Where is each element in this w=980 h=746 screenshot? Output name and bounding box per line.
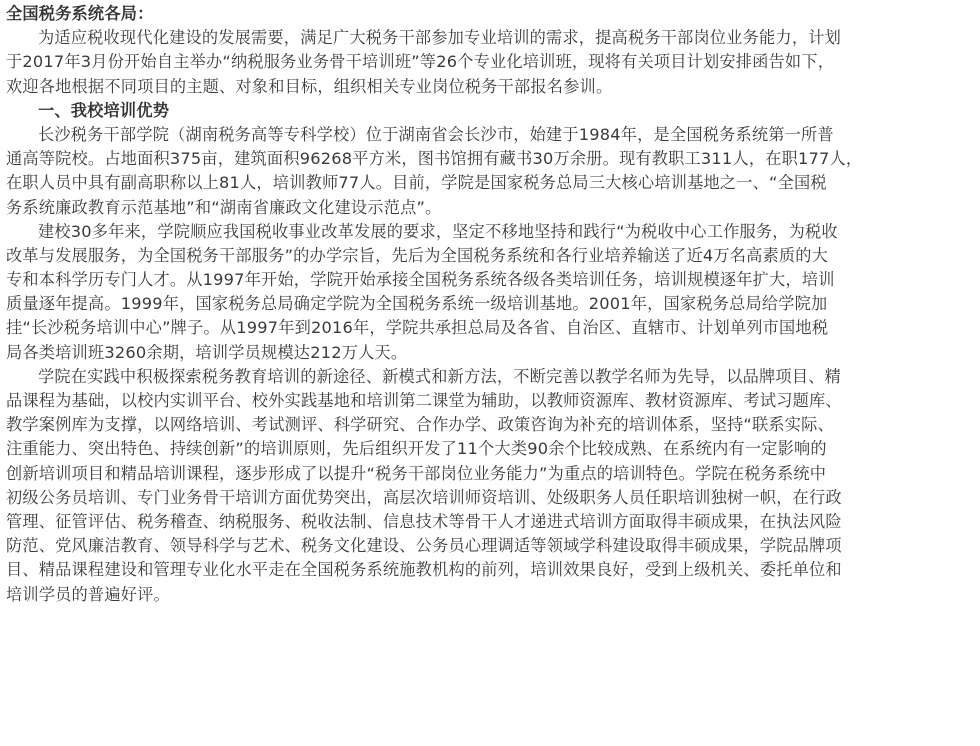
text-line: 为适应税收现代化建设的发展需要，满足广大税务干部参加专业培训的需求，提高税务干部… xyxy=(6,26,974,50)
text-line: 专和本科学历专门人才。从1997年开始，学院开始承接全国税务系统各级各类培训任务… xyxy=(6,268,974,292)
paragraph-school-overview: 长沙税务干部学院（湖南税务高等专科学校）位于湖南省会长沙市，始建于1984年，是… xyxy=(6,123,974,220)
text-line: 学院在实践中积极探索税务教育培训的新途径、新模式和新方法，不断完善以教学名师为先… xyxy=(6,365,974,389)
text-line: 建校30多年来，学院顺应我国税收事业改革发展的要求，坚定不移地坚持和践行“为税收… xyxy=(6,220,974,244)
text-line: 注重能力、突出特色、持续创新”的培训原则，先后组织开发了11个大类90余个比较成… xyxy=(6,437,974,461)
text-line: 品课程为基础，以校内实训平台、校外实践基地和培训第二课堂为辅助，以教师资源库、教… xyxy=(6,389,974,413)
intro-paragraph: 为适应税收现代化建设的发展需要，满足广大税务干部参加专业培训的需求，提高税务干部… xyxy=(6,26,974,99)
text-line: 挂“长沙税务培训中心”牌子。从1997年到2016年，学院共承担总局及各省、自治… xyxy=(6,316,974,340)
text-line: 初级公务员培训、专门业务骨干培训方面优势突出，高层次培训师资培训、处级职务人员任… xyxy=(6,486,974,510)
paragraph-history: 建校30多年来，学院顺应我国税收事业改革发展的要求，坚定不移地坚持和践行“为税收… xyxy=(6,220,974,365)
text-line: 管理、征管评估、税务稽查、纳税服务、税收法制、信息技术等骨干人才递进式培训方面取… xyxy=(6,510,974,534)
text-line: 务系统廉政教育示范基地”和“湖南省廉政文化建设示范点”。 xyxy=(6,196,974,220)
text-line: 欢迎各地根据不同项目的主题、对象和目标，组织相关专业岗位税务干部报名参训。 xyxy=(6,75,974,99)
document-body: 全国税务系统各局： 为适应税收现代化建设的发展需要，满足广大税务干部参加专业培训… xyxy=(0,0,980,607)
paragraph-training-system: 学院在实践中积极探索税务教育培训的新途径、新模式和新方法，不断完善以教学名师为先… xyxy=(6,365,974,607)
text-line: 防范、党风廉洁教育、领导科学与艺术、税务文化建设、公务员心理调适等领域学科建设取… xyxy=(6,534,974,558)
salutation: 全国税务系统各局： xyxy=(6,2,974,26)
text-line: 长沙税务干部学院（湖南税务高等专科学校）位于湖南省会长沙市，始建于1984年，是… xyxy=(6,123,974,147)
text-line: 改革与发展服务，为全国税务干部服务”的办学宗旨，先后为全国税务系统和各行业培养输… xyxy=(6,244,974,268)
text-line: 培训学员的普遍好评。 xyxy=(6,583,974,607)
text-line: 局各类培训班3260余期，培训学员规模达212万人天。 xyxy=(6,341,974,365)
text-line: 目、精品课程建设和管理专业化水平走在全国税务系统施教机构的前列，培训效果良好，受… xyxy=(6,558,974,582)
text-line: 通高等院校。占地面积375亩，建筑面积96268平方米，图书馆拥有藏书30万余册… xyxy=(6,147,974,171)
section-heading: 一、我校培训优势 xyxy=(6,99,974,123)
text-line: 在职人员中具有副高职称以上81人，培训教师77人。目前，学院是国家税务总局三大核… xyxy=(6,171,974,195)
text-line: 于2017年3月份开始自主举办“纳税服务业务骨干培训班”等26个专业化培训班，现… xyxy=(6,50,974,74)
text-line: 教学案例库为支撑，以网络培训、考试测评、科学研究、合作办学、政策咨询为补充的培训… xyxy=(6,413,974,437)
text-line: 质量逐年提高。1999年，国家税务总局确定学院为全国税务系统一级培训基地。200… xyxy=(6,292,974,316)
text-line: 创新培训项目和精品培训课程，逐步形成了以提升“税务干部岗位业务能力”为重点的培训… xyxy=(6,462,974,486)
